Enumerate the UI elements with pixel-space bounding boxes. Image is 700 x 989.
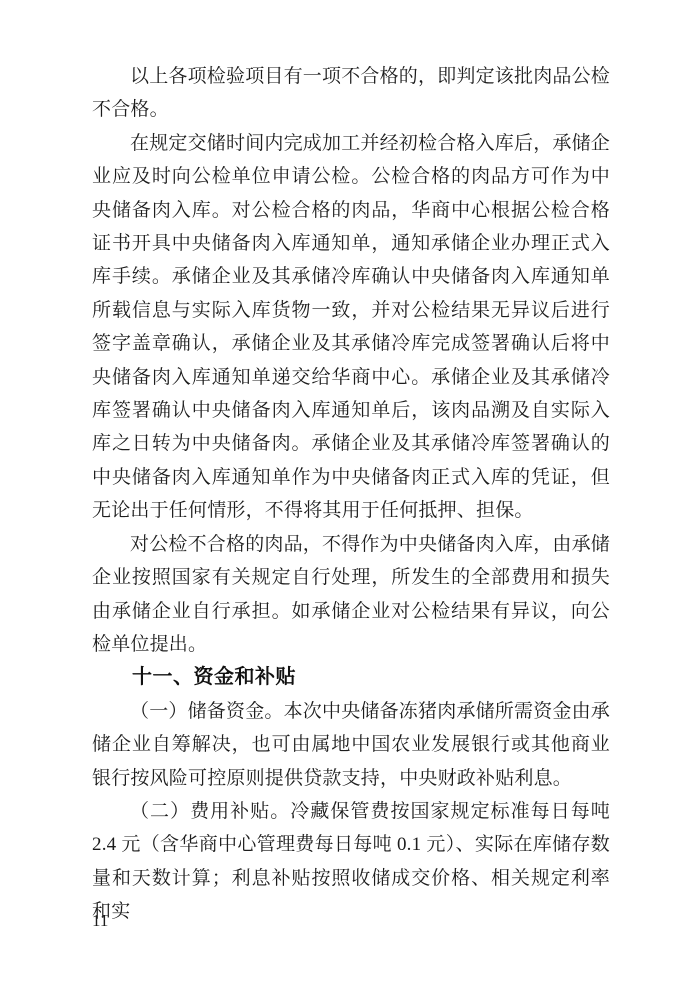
paragraph-failed-meat-handling: 对公检不合格的肉品，不得作为中央储备肉入库，由承储企业按照国家有关规定自行处理，… <box>92 528 610 662</box>
paragraph-reserve-funds: （一）储备资金。本次中央储备冻猪肉承储所需资金由承储企业自筹解决，也可由属地中国… <box>92 695 610 795</box>
document-page: 以上各项检验项目有一项不合格的，即判定该批肉品公检不合格。 在规定交储时间内完成… <box>0 0 700 989</box>
page-number: 11 <box>92 910 108 932</box>
section-heading-funds-and-subsidies: 十一、资金和补贴 <box>92 661 610 694</box>
document-body: 以上各项检验项目有一项不合格的，即判定该批肉品公检不合格。 在规定交储时间内完成… <box>92 60 610 929</box>
paragraph-warehousing-procedure: 在规定交储时间内完成加工并经初检合格入库后，承储企业应及时向公检单位申请公检。公… <box>92 127 610 528</box>
paragraph-expense-subsidy: （二）费用补贴。冷藏保管费按国家规定标准每日每吨 2.4 元（含华商中心管理费每… <box>92 795 610 929</box>
paragraph-inspection-fail-rule: 以上各项检验项目有一项不合格的，即判定该批肉品公检不合格。 <box>92 60 610 127</box>
